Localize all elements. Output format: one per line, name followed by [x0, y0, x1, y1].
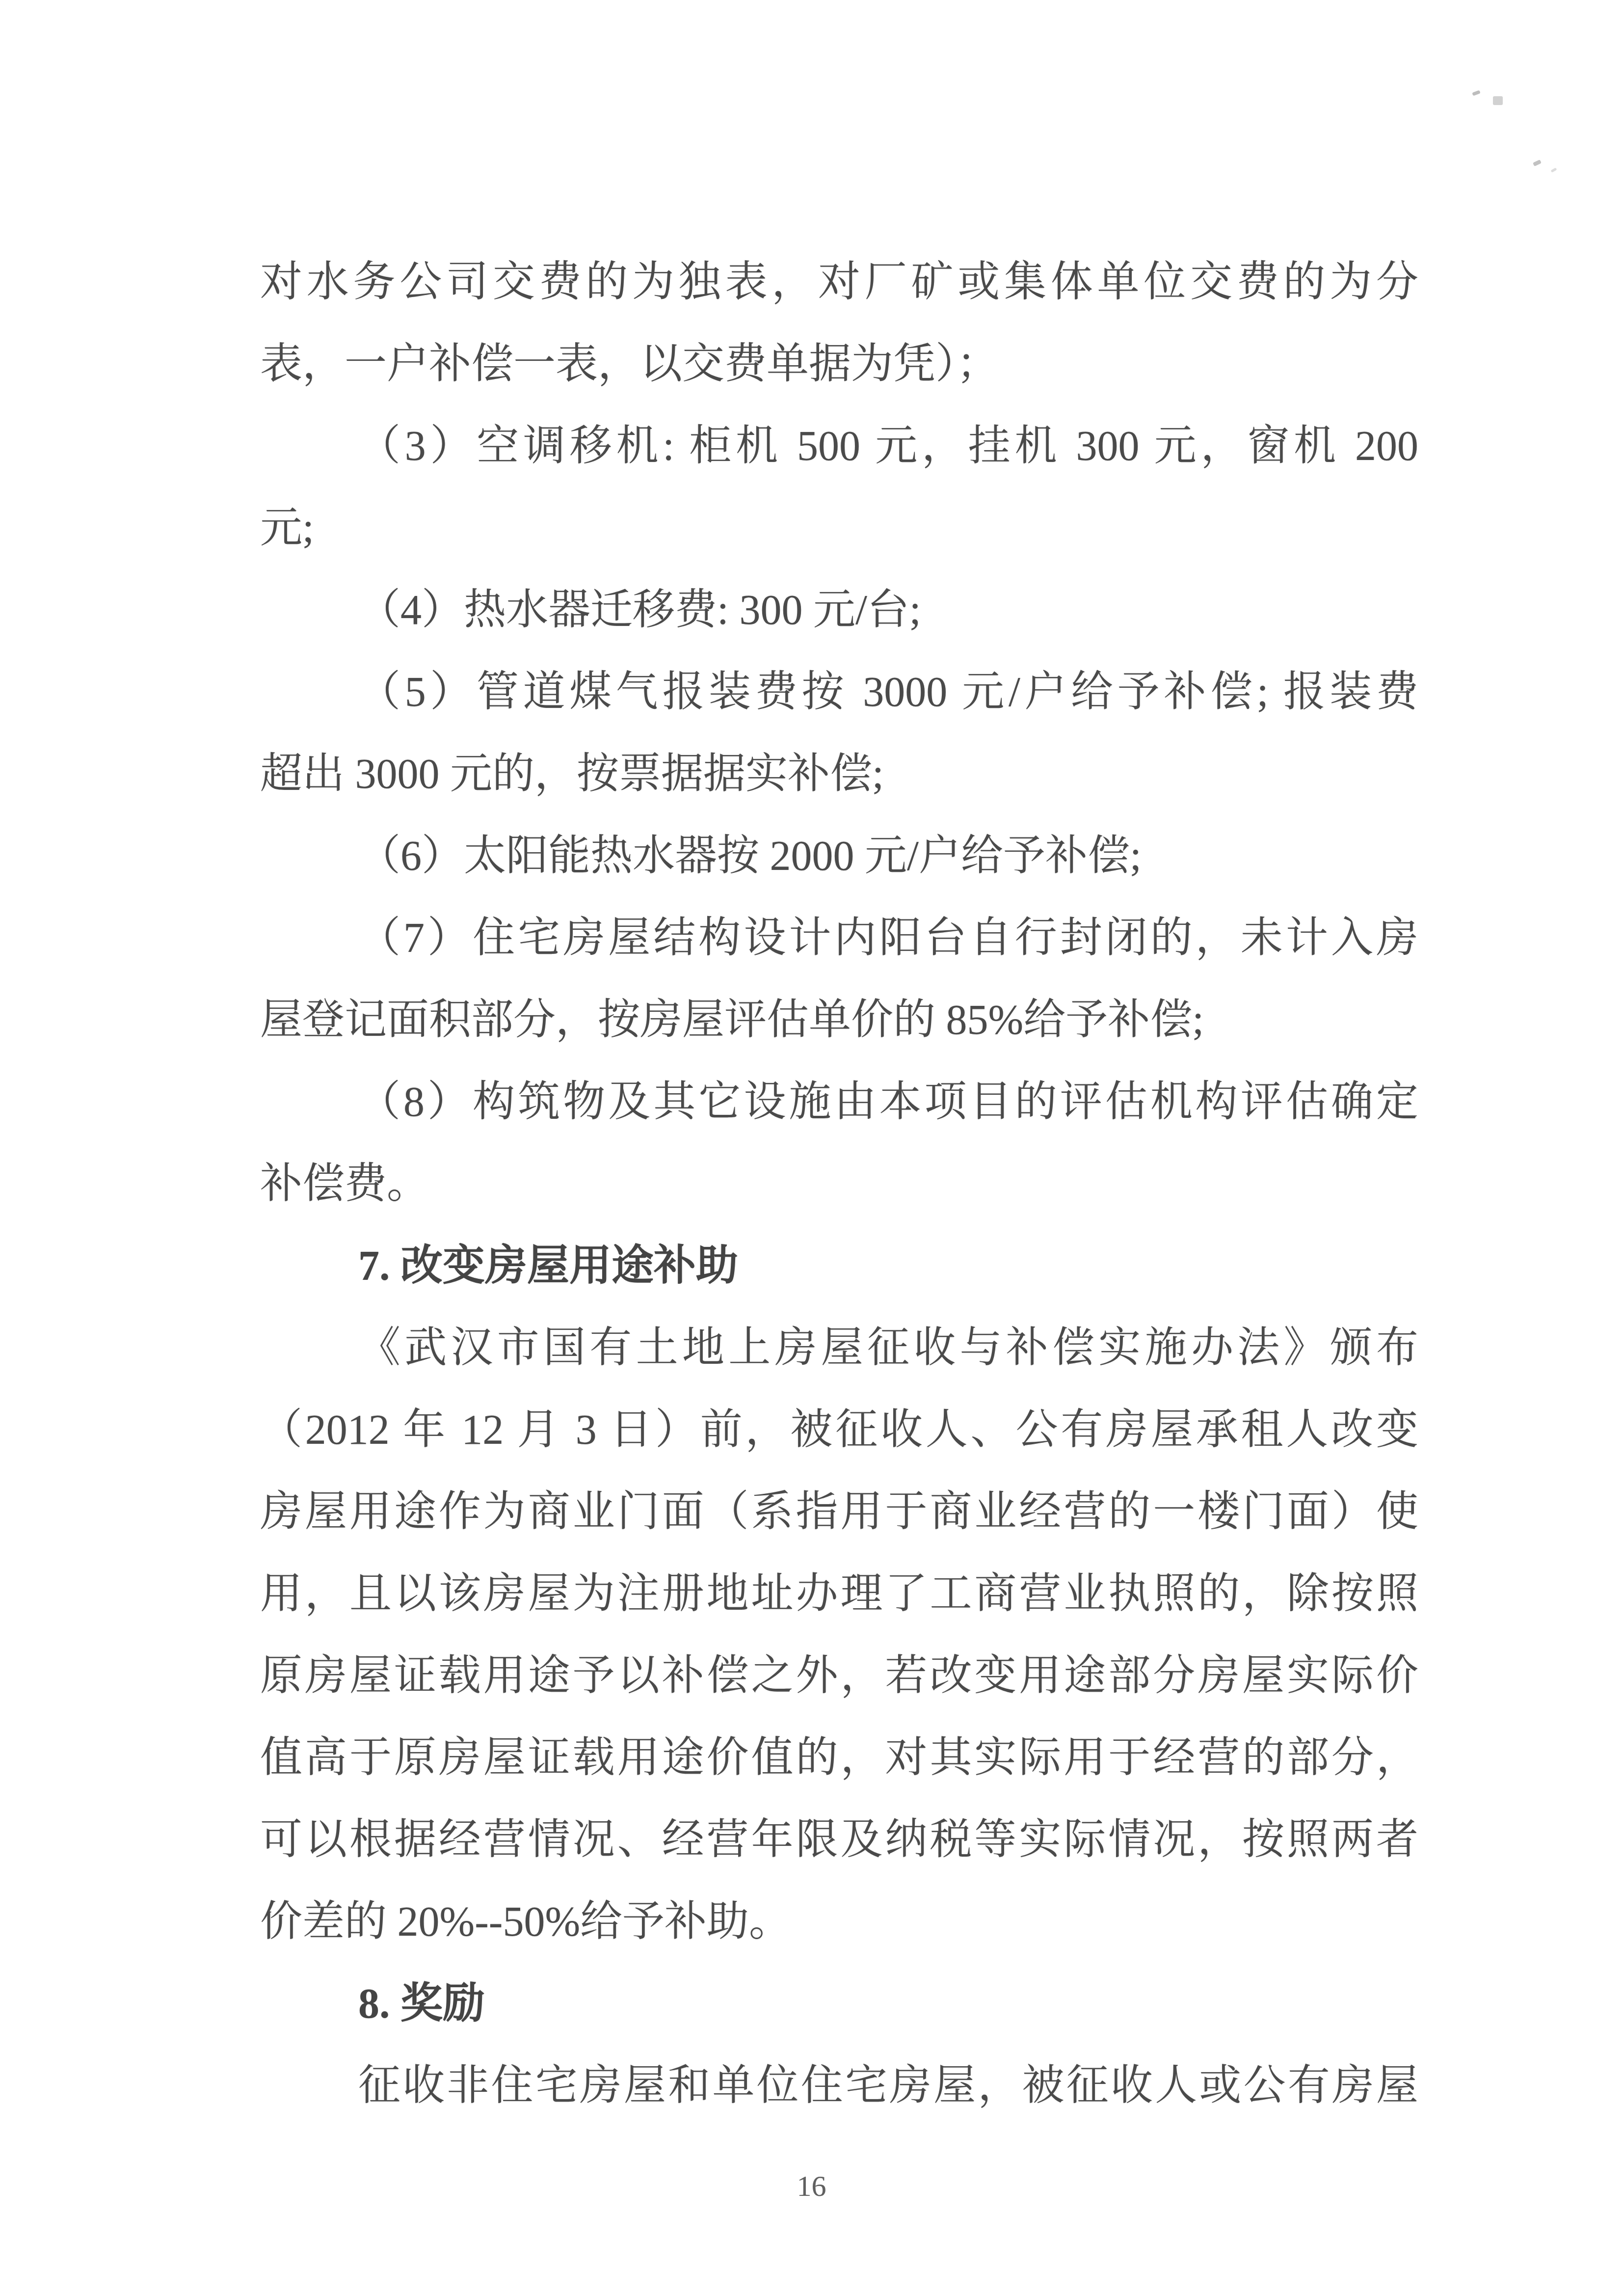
text-line: （6）太阳能热水器按 2000 元/户给予补偿;	[260, 815, 1418, 897]
text-line: 原房屋证载用途予以补偿之外，若改变用途部分房屋实际价	[260, 1635, 1418, 1717]
scan-speck	[1472, 90, 1480, 96]
text-line: 价差的 20%--50%给予补助。	[260, 1881, 1418, 1963]
text-line: 对水务公司交费的为独表，对厂矿或集体单位交费的为分	[260, 241, 1418, 323]
text-line: 房屋用途作为商业门面（系指用于商业经营的一楼门面）使	[260, 1471, 1418, 1553]
page: 对水务公司交费的为独表，对厂矿或集体单位交费的为分表，一户补偿一表，以交费单据为…	[0, 0, 1623, 2296]
text-line: 补偿费。	[260, 1143, 1418, 1225]
text-line: （8）构筑物及其它设施由本项目的评估机构评估确定	[260, 1061, 1418, 1143]
text-line: 《武汉市国有土地上房屋征收与补偿实施办法》颁布	[260, 1307, 1418, 1389]
text-lines: 对水务公司交费的为独表，对厂矿或集体单位交费的为分表，一户补偿一表，以交费单据为…	[260, 241, 1418, 2127]
text-line: （7）住宅房屋结构设计内阳台自行封闭的，未计入房	[260, 897, 1418, 979]
scan-speck	[1533, 160, 1542, 166]
text-line: 征收非住宅房屋和单位住宅房屋，被征收人或公有房屋	[260, 2045, 1418, 2127]
page-number: 16	[0, 2164, 1623, 2208]
section-heading: 7. 改变房屋用途补助	[260, 1225, 1418, 1307]
text-line: 元;	[260, 487, 1418, 569]
scan-speck	[1493, 96, 1503, 105]
text-line: 表，一户补偿一表，以交费单据为凭）；	[260, 323, 1418, 405]
text-line: 可以根据经营情况、经营年限及纳税等实际情况，按照两者	[260, 1799, 1418, 1881]
text-line: （4）热水器迁移费: 300 元/台;	[260, 569, 1418, 651]
text-line: 屋登记面积部分，按房屋评估单价的 85%给予补偿;	[260, 979, 1418, 1061]
text-line: 超出 3000 元的，按票据据实补偿;	[260, 733, 1418, 815]
text-line: （2012 年 12 月 3 日）前，被征收人、公有房屋承租人改变	[260, 1389, 1418, 1471]
text-line: （5）管道煤气报装费按 3000 元/户给予补偿; 报装费	[260, 651, 1418, 733]
scan-speck	[1551, 167, 1557, 172]
text-line: （3）空调移机: 柜机 500 元，挂机 300 元，窗机 200	[260, 405, 1418, 487]
text-line: 用，且以该房屋为注册地址办理了工商营业执照的，除按照	[260, 1553, 1418, 1635]
text-line: 值高于原房屋证载用途价值的，对其实际用于经营的部分，	[260, 1717, 1418, 1799]
section-heading: 8. 奖励	[260, 1963, 1418, 2045]
